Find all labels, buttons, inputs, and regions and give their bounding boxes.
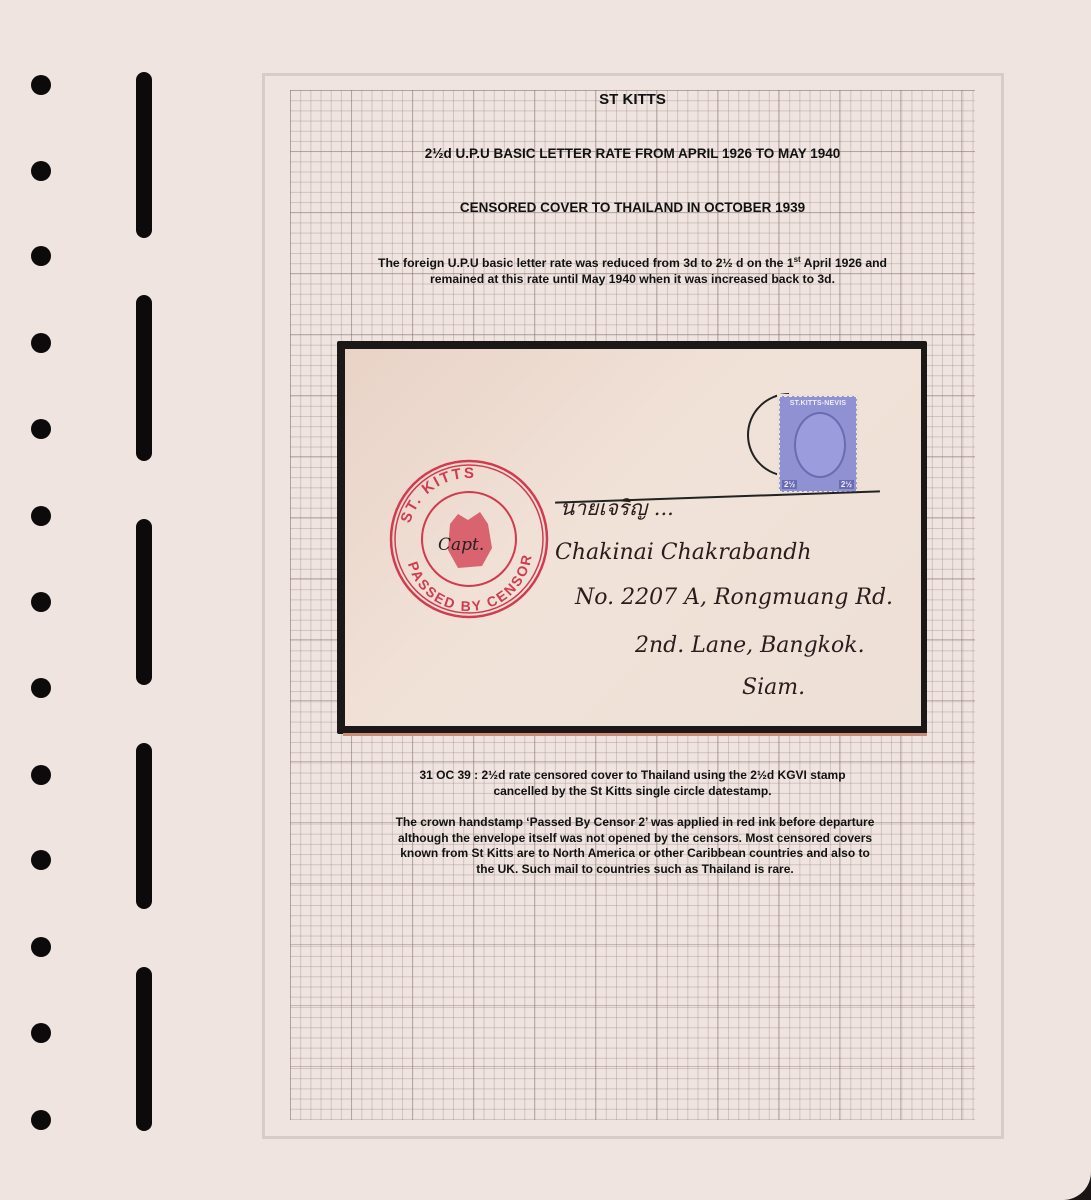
binder-hole (31, 1023, 51, 1043)
album-page: ST KITTS 2½d U.P.U BASIC LETTER RATE FRO… (0, 0, 1091, 1200)
svg-text:Capt.: Capt. (438, 535, 484, 555)
page-heading: CENSORED COVER TO THAILAND IN OCTOBER 19… (290, 200, 975, 215)
address-thai-line: นายเจริญ ... (560, 492, 674, 525)
caption-line-2: cancelled by the St Kitts single circle … (493, 784, 771, 798)
intro-line-2: remained at this rate until May 1940 whe… (430, 272, 835, 286)
page-title: ST KITTS (290, 91, 975, 108)
binder-slot (136, 295, 152, 461)
caption-line-1: 31 OC 39 : 2½d rate censored cover to Th… (419, 768, 845, 782)
cover-caption: 31 OC 39 : 2½d rate censored cover to Th… (290, 768, 975, 799)
description-line-3: known from St Kitts are to North America… (400, 846, 870, 860)
stamp-value-left: 2½ (782, 480, 797, 489)
binder-hole (31, 246, 51, 266)
intro-line-1: The foreign U.P.U basic letter rate was … (378, 256, 794, 270)
binder-hole (31, 765, 51, 785)
binder-slot (136, 72, 152, 238)
binder-hole (31, 333, 51, 353)
postage-stamp: ST.KITTS-NEVIS 2½ 2½ (779, 396, 857, 492)
binder-hole (31, 850, 51, 870)
cover-description: The crown handstamp ‘Passed By Censor 2’… (355, 815, 915, 878)
binder-hole (31, 161, 51, 181)
address-line-3: 2nd. Lane, Bangkok. (635, 633, 865, 658)
address-line-2: No. 2207 A, Rongmuang Rd. (575, 585, 893, 610)
stamp-country: ST.KITTS-NEVIS (780, 400, 856, 407)
binder-hole (31, 419, 51, 439)
description-line-2: although the envelope itself was not ope… (398, 831, 872, 845)
binder-hole (31, 1110, 51, 1130)
censor-handstamp: ST. KITTS PASSED BY CENSOR Capt. (388, 458, 550, 620)
binder-slot (136, 967, 152, 1131)
binder-slot (136, 743, 152, 909)
intro-line-1-end: April 1926 and (801, 256, 887, 270)
binder-hole (31, 937, 51, 957)
binder-hole (31, 506, 51, 526)
king-portrait-icon (794, 412, 846, 478)
cover-edge (343, 733, 927, 736)
description-line-4: the UK. Such mail to countries such as T… (476, 862, 793, 876)
page-subtitle: 2½d U.P.U BASIC LETTER RATE FROM APRIL 1… (290, 146, 975, 161)
address-line-4: Siam. (742, 675, 805, 700)
address-line-1: Chakinai Chakrabandh (555, 540, 812, 565)
stamp-value-right: 2½ (839, 480, 854, 489)
binder-slot (136, 519, 152, 685)
ordinal-suffix: st (794, 255, 801, 264)
binder-hole (31, 75, 51, 95)
binder-hole (31, 592, 51, 612)
binder-hole (31, 678, 51, 698)
description-line-1: The crown handstamp ‘Passed By Censor 2’… (396, 815, 875, 829)
intro-text: The foreign U.P.U basic letter rate was … (290, 252, 975, 287)
